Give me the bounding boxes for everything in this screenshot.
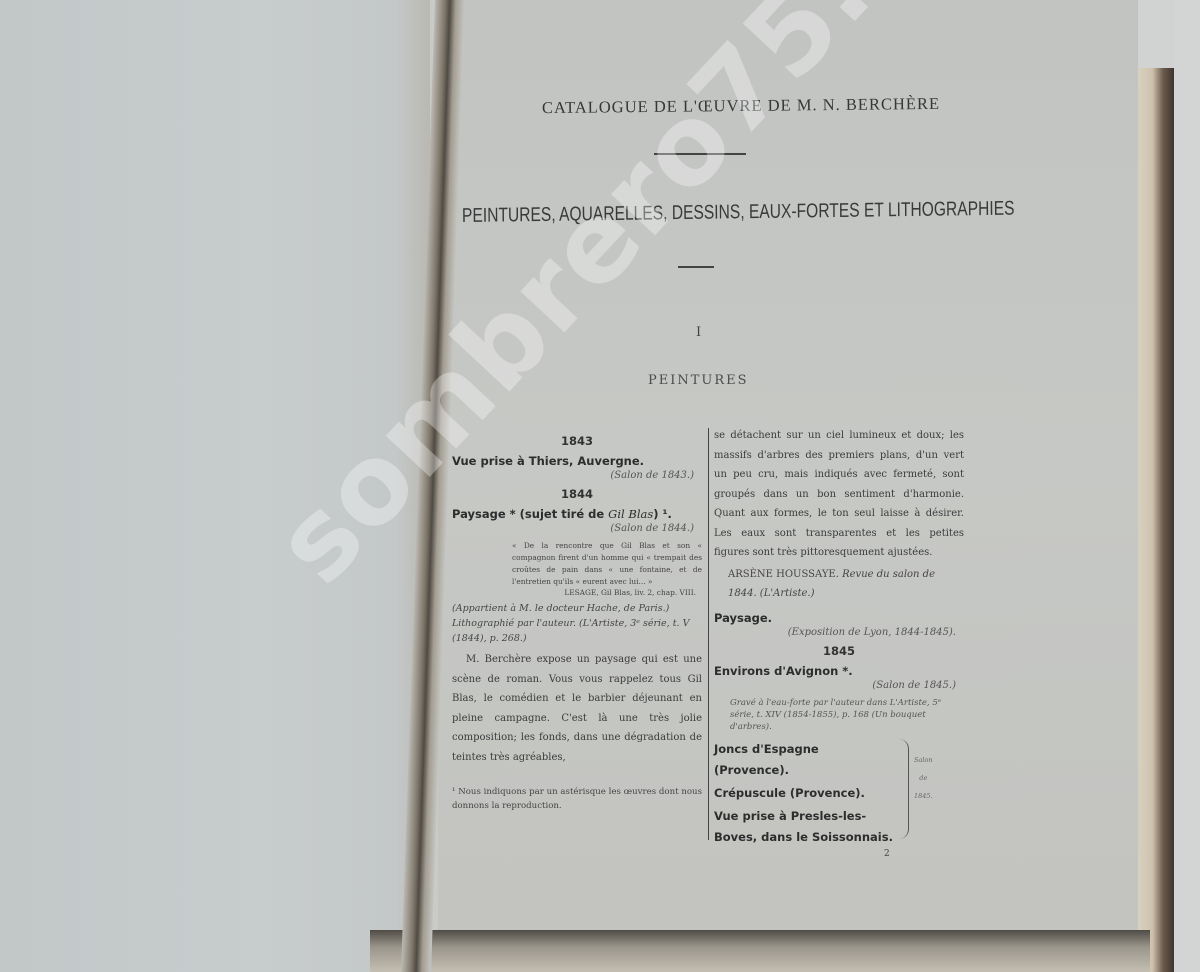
left-column: 1843 Vue prise à Thiers, Auvergne. (Salo…: [452, 428, 702, 813]
page-content: CATALOGUE DE L'ŒUVRE DE M. N. BERCHÈRE P…: [438, 0, 1138, 930]
work-title-text: Paysage * (sujet tiré de: [452, 507, 608, 521]
left-blank-page: [0, 0, 430, 972]
quotation: « De la rencontre que Gil Blas et son « …: [512, 540, 702, 588]
engraving-note: Gravé à l'eau-forte par l'auteur dans L'…: [730, 697, 964, 733]
work-title: Paysage.: [714, 611, 964, 625]
divider-rule: [678, 266, 714, 268]
work-title: Vue prise à Presles-les-Boves, dans le S…: [714, 806, 894, 848]
right-page: CATALOGUE DE L'ŒUVRE DE M. N. BERCHÈRE P…: [438, 0, 1138, 930]
year-heading: 1845: [714, 644, 964, 658]
grouped-works: Joncs d'Espagne (Provence). Crépuscule (…: [714, 739, 964, 848]
page-bottom-shadow: [370, 930, 1150, 972]
right-column: se détachent sur un ciel lumineux et dou…: [714, 424, 964, 850]
background: [1138, 0, 1174, 68]
year-heading: 1843: [452, 434, 702, 448]
work-title: Paysage * (sujet tiré de Gil Blas) ¹.: [452, 507, 702, 521]
citation: ARSÈNE HOUSSAYE. Revue du salon de 1844.…: [714, 565, 964, 603]
salon-label: Salon: [914, 751, 933, 769]
column-divider: [708, 428, 709, 840]
exhibition-note: (Salon de 1844.): [452, 523, 694, 534]
exhibition-note: (Salon de 1845.): [714, 680, 956, 691]
work-title: Vue prise à Thiers, Auvergne.: [452, 454, 702, 468]
section-title: PEINTURES, AQUARELLES, DESSINS, EAUX-FOR…: [462, 198, 985, 228]
critique-continued: se détachent sur un ciel lumineux et dou…: [714, 426, 964, 563]
part-numeral: I: [696, 325, 701, 340]
brace: [896, 739, 909, 839]
exhibition-note: (Exposition de Lyon, 1844-1845).: [714, 627, 956, 638]
critique-paragraph: M. Berchère expose un paysage qui est un…: [452, 654, 702, 763]
critique-text: M. Berchère expose un paysage qui est un…: [452, 650, 702, 767]
book-cover-edge: [1138, 68, 1174, 972]
citation-author: ARSÈNE HOUSSAYE.: [728, 569, 839, 580]
work-title-italic: Gil Blas: [608, 507, 653, 521]
quotation-source: LESAGE, Gil Blas, liv. 2, chap. VIII.: [452, 588, 696, 597]
provenance-note: (Appartient à M. le docteur Hache, de Pa…: [452, 601, 702, 646]
part-title: PEINTURES: [648, 373, 749, 388]
work-title: Crépuscule (Provence).: [714, 783, 894, 804]
salon-label: 1845.: [914, 787, 933, 805]
running-head: CATALOGUE DE L'ŒUVRE DE M. N. BERCHÈRE: [506, 94, 976, 119]
footnote: ¹ Nous indiquons par un astérisque les œ…: [452, 785, 702, 813]
year-heading: 1844: [452, 487, 702, 501]
salon-label: de: [914, 769, 933, 787]
work-title-text: ) ¹.: [653, 507, 672, 521]
grouped-exhibition-note: Salon de 1845.: [914, 751, 933, 805]
background: [1174, 0, 1200, 972]
exhibition-note: (Salon de 1843.): [452, 470, 694, 481]
divider-rule: [654, 153, 746, 155]
work-title: Environs d'Avignon *.: [714, 664, 964, 678]
work-title: Joncs d'Espagne (Provence).: [714, 739, 894, 781]
page-number: 2: [884, 849, 890, 859]
